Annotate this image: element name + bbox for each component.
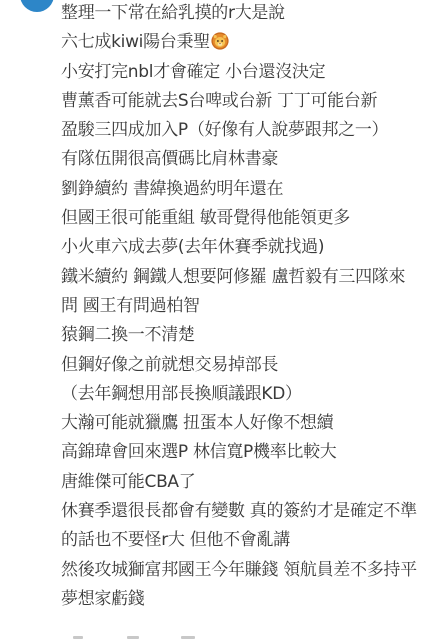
comment-line: 的話也不要怪r大 但他不會亂講 [61, 526, 441, 555]
comment-line-text: 六七成kiwi陽台秉聖 [61, 32, 210, 52]
comment-line: 整理一下常在給乳摸的r大是說 [61, 0, 441, 28]
comment-line: 猿鋼二換一不清楚 [61, 321, 441, 350]
comment-line: 然後攻城獅富邦國王今年賺錢 領航員差不多持平 [61, 556, 441, 585]
avatar[interactable] [20, 0, 54, 12]
reply-icon[interactable] [127, 636, 139, 639]
comment-line: 六七成kiwi陽台秉聖 [61, 28, 441, 57]
comment-line: 但鋼好像之前就想交易掉部長 [61, 351, 441, 380]
comment-line: 休賽季還很長都會有變數 真的簽約才是確定不準 [61, 497, 441, 526]
comment-action-bar [61, 634, 361, 640]
comment-line: 小火車六成去夢(去年休賽季就找過) [61, 233, 441, 262]
comment-line: 曹薰香可能就去S台啤或台新 丁丁可能台新 [61, 87, 441, 116]
comment-line: 但國王很可能重組 敏哥覺得他能領更多 [61, 204, 441, 233]
comment-line: 大瀚可能就獵鷹 扭蛋本人好像不想續 [61, 409, 441, 438]
lion-face-emoji-icon [211, 31, 229, 49]
comment-body: 整理一下常在給乳摸的r大是說 六七成kiwi陽台秉聖 小安打完nbl才會確定 小… [61, 0, 441, 614]
comment-line: 劉錚續約 書緯換過約明年還在 [61, 175, 441, 204]
comment-line: 問 國王有問過柏智 [61, 292, 441, 321]
like-icon[interactable] [73, 636, 83, 639]
comment-line: 鐵米續約 鋼鐵人想要阿修羅 盧哲毅有三四隊來 [61, 263, 441, 292]
comment-line: 有隊伍開很高價碼比肩林書豪 [61, 145, 441, 174]
comment-line: 唐維傑可能CBA了 [61, 468, 441, 497]
comment-line: 夢想家虧錢 [61, 585, 441, 614]
comment-line: 小安打完nbl才會確定 小台還沒決定 [61, 58, 441, 87]
comment-line: 高錦瑋會回來選P 林信寬P機率比較大 [61, 438, 441, 467]
share-icon[interactable] [181, 636, 195, 639]
comment-line: （去年鋼想用部長換順議跟KD） [61, 380, 441, 409]
comment-line: 盈駿三四成加入P（好像有人說夢跟邦之一） [61, 116, 441, 145]
